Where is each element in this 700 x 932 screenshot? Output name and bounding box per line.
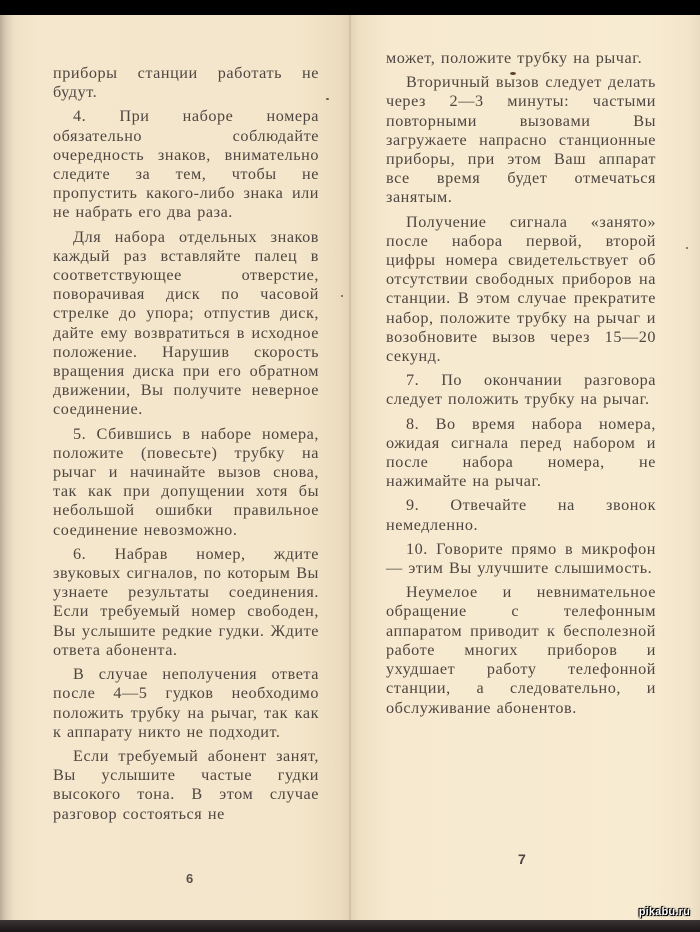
paragraph-item-8: 8. Во время набора номера, ожидая сигнал… [386,415,656,492]
paragraph: Неумелое и невнимательное обращение с те… [386,583,656,717]
page-fold [349,15,351,920]
paragraph: В случае неполучения ответа после 4—5 гу… [53,665,319,742]
paragraph: Получение сигнала «занято» после набора … [386,213,656,367]
top-black-border [0,0,700,15]
watermark: pikabu.ru [639,906,690,918]
page-number-left: 6 [186,871,193,886]
paragraph-item-10: 10. Говорите прямо в микрофон — этим Вы … [386,540,656,578]
left-page-text: приборы станции работать не будут. 4. Пр… [53,64,319,824]
paragraph: Если требуемый абонент занят, Вы услышит… [53,747,319,824]
bottom-dark-border [0,920,700,932]
paragraph: приборы станции работать не будут. [53,64,319,102]
right-page: может, положите трубку на рычаг. Вторичн… [350,15,700,920]
paper-speck [341,295,343,297]
paragraph-item-5: 5. Сбившись в наборе номера, положите (п… [53,425,319,540]
scanned-booklet-spread: приборы станции работать не будут. 4. Пр… [0,0,700,932]
paragraph: может, положите трубку на рычаг. [386,49,656,68]
paragraph: Для набора отдельных знаков каждый раз в… [53,228,319,420]
left-page: приборы станции работать не будут. 4. Пр… [0,15,350,920]
paragraph-item-7: 7. По окончании разговора следует положи… [386,371,656,409]
paragraph: Вторичный вызов следует делать через 2—3… [386,73,656,207]
paragraph-item-9: 9. Отвечайте на звонок немедленно. [386,496,656,534]
paper-speck [686,247,688,249]
right-page-text: может, положите трубку на рычаг. Вторичн… [386,49,656,718]
paragraph-item-4: 4. При наборе номера обязательно соблюда… [53,107,319,222]
paper-speck [510,72,516,75]
paper-speck [326,98,329,100]
paragraph-item-6: 6. Набрав номер, ждите звуковых сигналов… [53,545,319,660]
page-number-right: 7 [518,851,526,867]
